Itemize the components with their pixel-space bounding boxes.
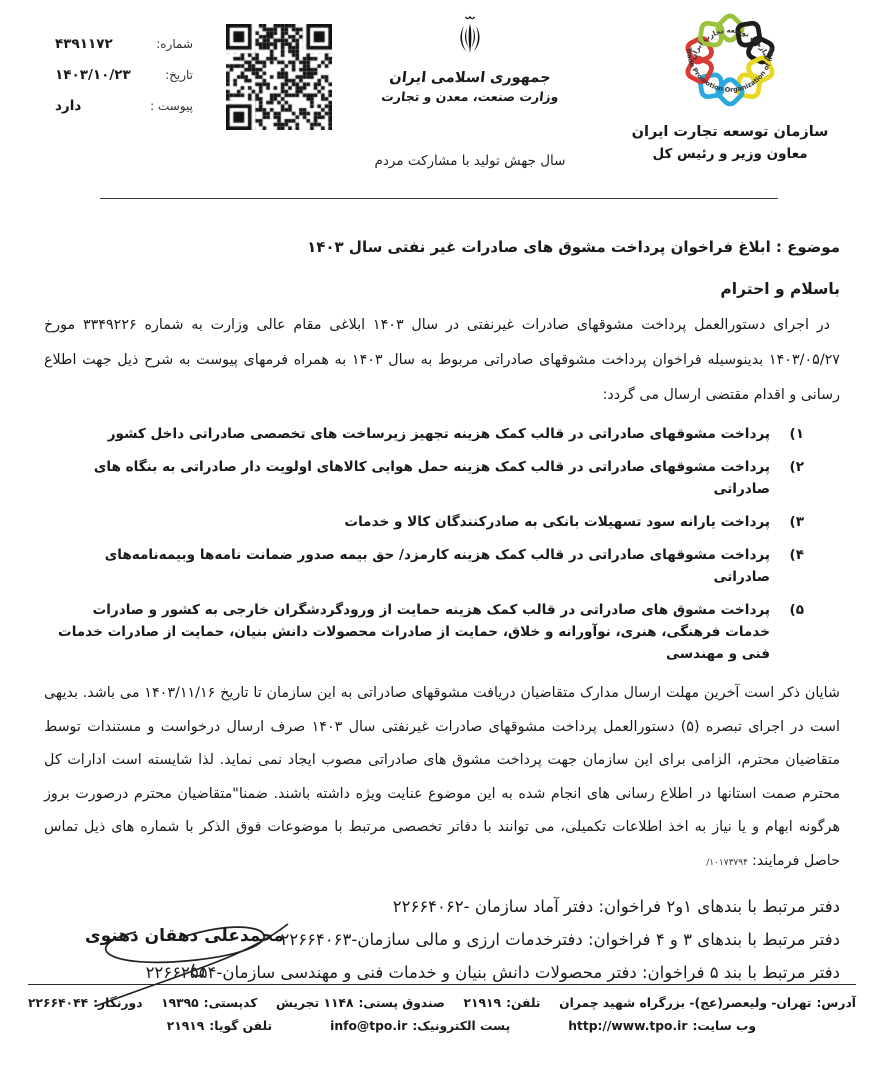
footer-email-value: info@tpo.ir — [330, 1019, 407, 1033]
incentive-list: ۱) پرداخت مشوقهای صادراتی در قالب کمک هز… — [44, 423, 804, 665]
footer-website-label: وب سایت: — [692, 1019, 756, 1033]
ministry-title: وزارت صنعت، معدن و تجارت — [371, 89, 569, 104]
letter-date-label: تاریخ: — [165, 68, 193, 82]
footer-pobox: صندوق پستی: ۱۱۴۸ تجریش — [276, 996, 445, 1010]
footer-postal-code: کدپستی: ۱۹۳۹۵ — [161, 996, 257, 1010]
item-text: پرداخت مشوقهای صادراتی در قالب کمک هزینه… — [44, 456, 770, 500]
ministry-header: جمهوری اسلامی ایران وزارت صنعت، معدن و ت… — [372, 12, 568, 104]
footer-postal-code-label: کدپستی: — [204, 996, 258, 1010]
list-item: ۳) پرداخت یارانه سود تسهیلات بانکی به صا… — [44, 511, 804, 533]
footer-row-2: وب سایت: http://www.tpo.ir پست الکترونیک… — [28, 1019, 856, 1033]
paragraph-2: شایان ذکر است آخرین مهلت ارسال مدارک متق… — [44, 677, 840, 880]
item-number: ۵) — [784, 599, 804, 665]
letter-footer: آدرس: تهران- ولیعصر(عج)- بزرگراه شهید چم… — [28, 984, 856, 1033]
footer-fax-label: دورنگار: — [93, 996, 142, 1010]
contact-line: دفتر مرتبط با بندهای ۱و۲ فراخوان: دفتر آ… — [44, 890, 840, 923]
year-slogan: سال جهش تولید با مشارکت مردم — [360, 153, 580, 169]
list-item: ۱) پرداخت مشوقهای صادراتی در قالب کمک هز… — [44, 423, 804, 445]
footer-website: وب سایت: http://www.tpo.ir — [568, 1019, 756, 1033]
paragraph-1: در اجرای دستورالعمل پرداخت مشوقهای صادرا… — [44, 308, 840, 413]
letter-number-row: شماره: ۴۳۹۱۱۷۲ — [55, 36, 193, 52]
government-title: جمهوری اسلامی ایران — [371, 70, 569, 86]
list-item: ۲) پرداخت مشوقهای صادراتی در قالب کمک هز… — [44, 456, 804, 500]
signer-name: محمدعلی دهقان دهنوی — [72, 926, 297, 946]
letter-page: { "meta": { "number_label": "شماره:", "n… — [0, 0, 884, 1080]
item-number: ۳) — [784, 511, 804, 533]
footer-email-label: پست الکترونیک: — [412, 1019, 510, 1033]
letter-body: موضوع : ابلاغ فراخوان پرداخت مشوق های صا… — [44, 238, 840, 989]
item-number: ۱) — [784, 423, 804, 445]
item-text: پرداخت مشوق های صادراتی در قالب کمک هزین… — [44, 599, 770, 665]
footer-voice-phone-label: تلفن گویا: — [209, 1019, 272, 1033]
item-number: ۴) — [784, 544, 804, 588]
organization-header: سازمان توسعه تجارت ایران Trade Promotion… — [612, 4, 848, 162]
item-number: ۲) — [784, 456, 804, 500]
footer-phone-label: تلفن: — [506, 996, 540, 1010]
footer-fax: دورنگار: ۲۲۶۶۴۰۴۴ — [28, 996, 142, 1010]
letter-attachment-value: دارد — [55, 98, 81, 114]
letter-date-row: تاریخ: ۱۴۰۳/۱۰/۲۳ — [55, 67, 193, 83]
qr-code — [226, 24, 332, 130]
list-item: ۴) پرداخت مشوقهای صادراتی در قالب کمک هز… — [44, 544, 804, 588]
letter-date-value: ۱۴۰۳/۱۰/۲۳ — [55, 67, 131, 83]
organization-name: سازمان توسعه تجارت ایران — [612, 124, 848, 140]
letter-meta-block: شماره: ۴۳۹۱۱۷۲ تاریخ: ۱۴۰۳/۱۰/۲۳ پیوست :… — [55, 36, 193, 129]
footer-voice-phone-value: ۲۱۹۱۹ — [167, 1019, 205, 1033]
salutation: باسلام و احترام — [44, 280, 840, 298]
subject-line: موضوع : ابلاغ فراخوان پرداخت مشوق های صا… — [44, 238, 840, 256]
footer-pobox-value: ۱۱۴۸ تجریش — [276, 996, 353, 1010]
footer-pobox-label: صندوق پستی: — [358, 996, 444, 1010]
paragraph-2-text: شایان ذکر است آخرین مهلت ارسال مدارک متق… — [44, 685, 840, 869]
footer-address: آدرس: تهران- ولیعصر(عج)- بزرگراه شهید چم… — [559, 996, 856, 1010]
internal-ref-number: /۱۰۱۷۳۷۹۴ — [706, 847, 748, 881]
footer-row-1: آدرس: تهران- ولیعصر(عج)- بزرگراه شهید چم… — [28, 996, 856, 1010]
iran-emblem-icon — [447, 12, 493, 64]
letter-number-label: شماره: — [156, 37, 193, 51]
footer-address-label: آدرس: — [817, 996, 857, 1010]
item-text: پرداخت مشوقهای صادراتی در قالب کمک هزینه… — [44, 544, 770, 588]
letter-attachment-row: پیوست : دارد — [55, 98, 193, 114]
footer-postal-code-value: ۱۹۳۹۵ — [161, 996, 199, 1010]
footer-website-value: http://www.tpo.ir — [568, 1019, 687, 1033]
footer-phone-value: ۲۱۹۱۹ — [464, 996, 502, 1010]
footer-fax-value: ۲۲۶۶۴۰۴۴ — [28, 996, 88, 1010]
list-item: ۵) پرداخت مشوق های صادراتی در قالب کمک ه… — [44, 599, 804, 665]
letter-attachment-label: پیوست : — [150, 99, 193, 113]
letter-number-value: ۴۳۹۱۱۷۲ — [55, 36, 113, 52]
footer-address-value: تهران- ولیعصر(عج)- بزرگراه شهید چمران — [559, 996, 811, 1010]
footer-voice-phone: تلفن گویا: ۲۱۹۱۹ — [167, 1019, 272, 1033]
footer-email: پست الکترونیک: info@tpo.ir — [330, 1019, 510, 1033]
item-text: پرداخت مشوقهای صادراتی در قالب کمک هزینه… — [108, 423, 770, 445]
header-divider — [100, 198, 778, 199]
item-text: پرداخت یارانه سود تسهیلات بانکی به صادرک… — [344, 511, 770, 533]
tpo-logo-icon: سازمان توسعه تجارت ایران Trade Promotion… — [674, 4, 786, 116]
footer-phone: تلفن: ۲۱۹۱۹ — [464, 996, 541, 1010]
signer-role: معاون وزیر و رئیس کل — [612, 146, 848, 162]
